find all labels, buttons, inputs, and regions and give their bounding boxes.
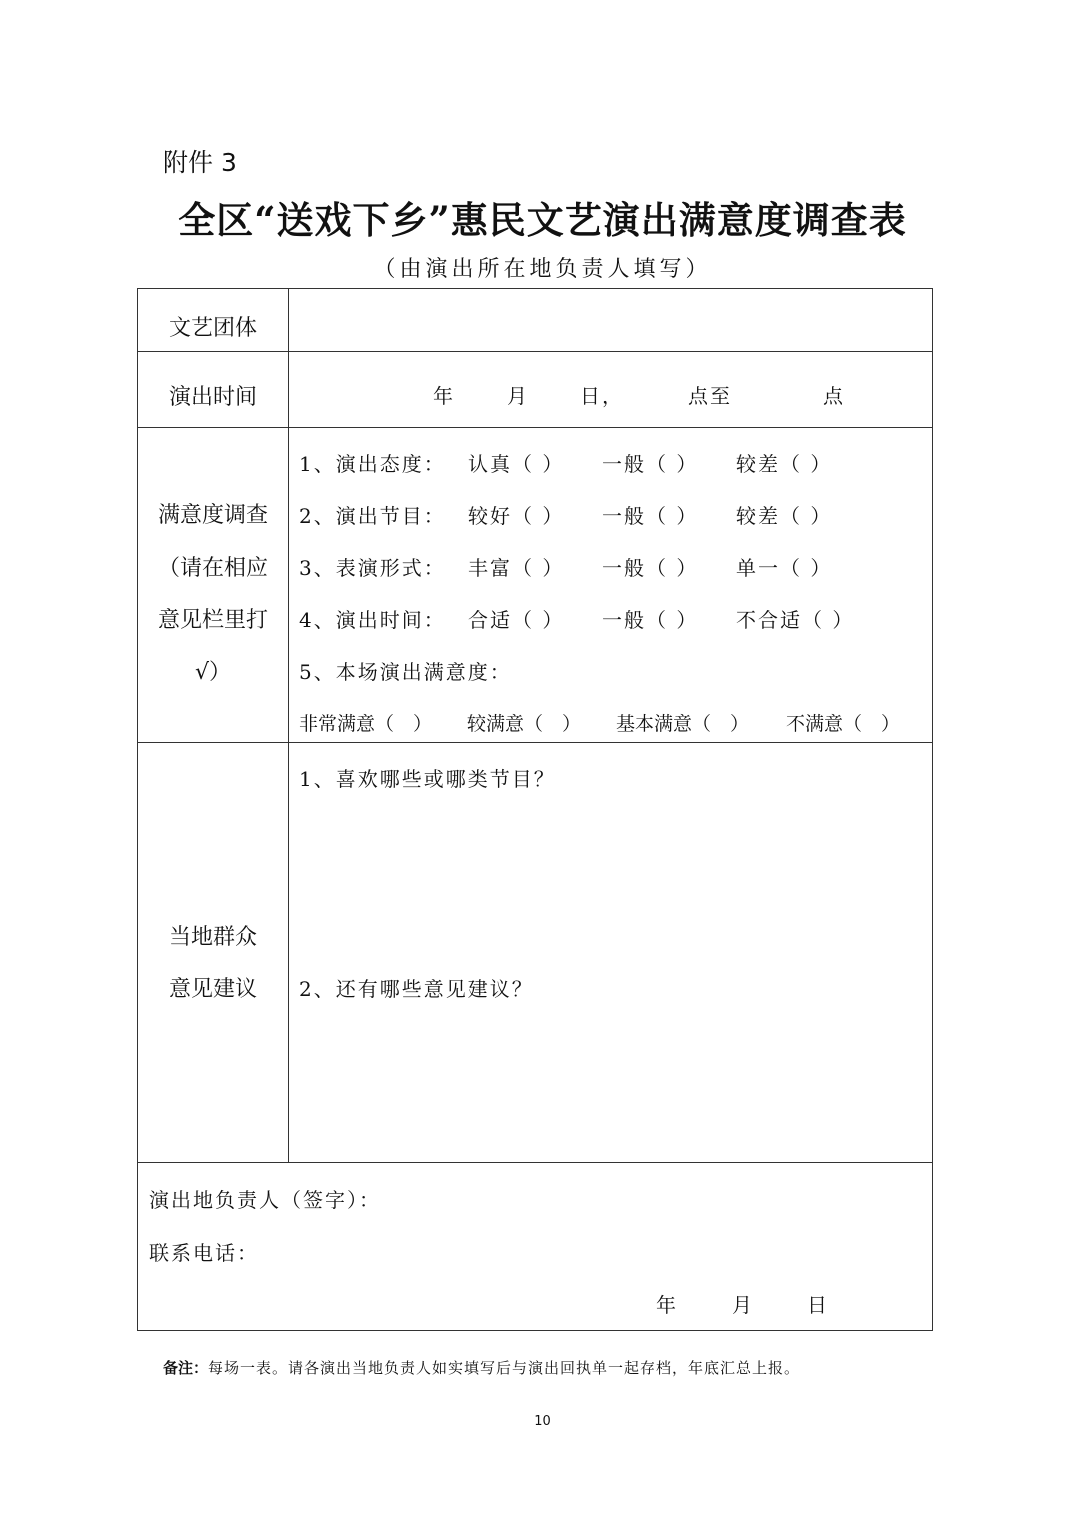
row-divider (137, 742, 933, 743)
page-number: 10 (0, 1414, 1075, 1429)
feedback-question-2: 2、还有哪些意见建议？ (299, 973, 534, 1002)
feedback-answer-2-field[interactable] (290, 1005, 930, 1160)
question-prompt: 4、演出时间： (299, 604, 446, 633)
signature-year-text: 年 (656, 1289, 678, 1318)
option-checkbox[interactable]: 一般（ ） (602, 500, 698, 529)
from-hour-text: 点至 (688, 380, 732, 409)
contact-phone-label: 联系电话： (149, 1237, 259, 1266)
option-checkbox[interactable]: 基本满意（ ） (616, 709, 749, 736)
attachment-label: 附件 3 (163, 143, 237, 179)
option-checkbox[interactable]: 单一（ ） (736, 552, 832, 581)
troupe-field[interactable] (290, 290, 930, 350)
page-title: 全区“送戏下乡”惠民文艺演出满意度调查表 (0, 190, 1075, 244)
page-subtitle: （由演出所在地负责人填写） (0, 252, 1075, 283)
option-checkbox[interactable]: 较差（ ） (736, 500, 832, 529)
signature-day-text: 日 (807, 1289, 829, 1318)
question-prompt: 1、演出态度： (299, 448, 446, 477)
troupe-label: 文艺团体 (138, 311, 288, 342)
option-checkbox[interactable]: 一般（ ） (602, 448, 698, 477)
question-prompt: 5、本场演出满意度： (299, 656, 512, 685)
option-checkbox[interactable]: 较好（ ） (468, 500, 564, 529)
option-checkbox[interactable]: 不满意（ ） (786, 709, 900, 736)
option-checkbox[interactable]: 较满意（ ） (467, 709, 581, 736)
option-checkbox[interactable]: 不合适（ ） (736, 604, 854, 633)
responsible-signature-label: 演出地负责人（签字）： (149, 1184, 381, 1213)
table-border-bottom (137, 1330, 933, 1331)
feedback-answer-1-field[interactable] (290, 795, 930, 965)
feedback-label-line: 意见建议 (138, 972, 288, 1003)
satisfaction-label-line: （请在相应 (138, 551, 288, 582)
month-text: 月 (507, 380, 529, 409)
feedback-question-1: 1、喜欢哪些或哪类节目？ (299, 763, 556, 792)
question-prompt: 3、表演形式： (299, 552, 446, 581)
row-divider (137, 427, 933, 428)
note-text: 每场一表。请各演出当地负责人如实填写后与演出回执单一起存档，年底汇总上报。 (208, 1359, 800, 1377)
to-hour-text: 点 (823, 380, 845, 409)
table-border-top (137, 288, 933, 289)
option-checkbox[interactable]: 丰富（ ） (468, 552, 564, 581)
option-checkbox[interactable]: 一般（ ） (602, 552, 698, 581)
option-checkbox[interactable]: 较差（ ） (736, 448, 832, 477)
signature-month-text: 月 (732, 1289, 754, 1318)
option-checkbox[interactable]: 合适（ ） (468, 604, 564, 633)
satisfaction-label-line: 意见栏里打 (138, 603, 288, 634)
option-checkbox[interactable]: 认真（ ） (468, 448, 564, 477)
option-checkbox[interactable]: 非常满意（ ） (299, 709, 432, 736)
feedback-label-line: 当地群众 (138, 920, 288, 951)
note-label: 备注： (163, 1359, 208, 1377)
day-text: 日， (580, 380, 624, 409)
table-border-left (137, 288, 138, 1331)
satisfaction-label-line: 满意度调查 (138, 498, 288, 529)
question-prompt: 2、演出节目： (299, 500, 446, 529)
option-checkbox[interactable]: 一般（ ） (602, 604, 698, 633)
row-divider (137, 1162, 933, 1163)
column-divider (288, 288, 289, 1162)
row-divider (137, 351, 933, 352)
table-border-right (932, 288, 933, 1331)
performance-time-field[interactable]: 年 月 日， 点至 点 (290, 353, 930, 426)
performance-time-label: 演出时间 (138, 380, 288, 411)
year-text: 年 (433, 380, 455, 409)
footnote: 备注：每场一表。请各演出当地负责人如实填写后与演出回执单一起存档，年底汇总上报。 (163, 1357, 800, 1378)
satisfaction-label-line: √） (138, 655, 288, 686)
